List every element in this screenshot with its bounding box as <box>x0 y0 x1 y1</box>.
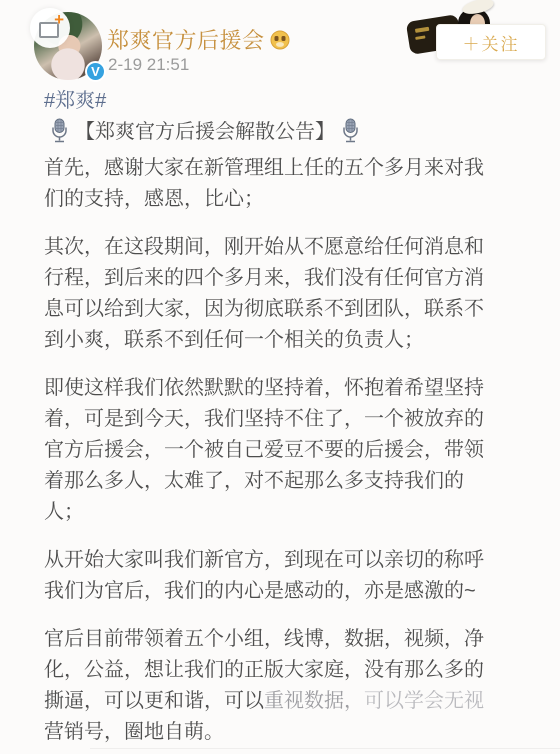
gold-mark <box>415 35 425 40</box>
gold-mark <box>415 27 429 33</box>
paragraph: 即使这样我们依然默默的坚持着，怀抱着希望坚持着，可是到今天，我们坚持不住了，一个… <box>44 373 500 528</box>
hashtag-line: #郑爽# <box>44 86 500 117</box>
announcement-line: 【郑爽官方后援会解散公告】 <box>44 117 500 153</box>
microphone-icon <box>341 118 360 153</box>
verified-badge-icon: V <box>85 61 106 82</box>
paragraph: 其次，在这段期间，刚开始从不愿意给任何消息和行程，到后来的四个多月来，我们没有任… <box>44 232 500 356</box>
paragraph: 从开始大家叫我们新官方，到现在可以亲切的称呼我们为官后，我们的内心是感动的，亦是… <box>44 545 500 607</box>
paragraph-segment-faded: 重视数据， <box>264 690 364 712</box>
paragraph: 首先，感谢大家在新管理组上任的五个多月来对我们的支持，感恩，比心； <box>44 153 500 215</box>
timestamp: 2-19 21:51 <box>108 55 189 75</box>
microphone-icon <box>50 118 69 153</box>
announcement-title: 【郑爽官方后援会解散公告】 <box>75 121 335 143</box>
follow-button[interactable]: ＋关注 <box>436 24 546 60</box>
card-bottom-edge <box>90 748 560 749</box>
hashtag-link[interactable]: #郑爽# <box>44 90 106 112</box>
camera-plus-icon: + <box>30 8 70 48</box>
paragraph-segment: 营销号，圈地自萌。 <box>44 721 224 743</box>
yellow-face-emoji-icon <box>270 30 290 50</box>
post-content: #郑爽# 【郑爽官方后援会解散公告】 首先，感谢大家在新管理组上任的五 <box>44 86 500 748</box>
username[interactable]: 郑爽官方后援会 <box>107 24 265 55</box>
paragraph-segment-faded: 可以学会无视 <box>364 690 484 712</box>
avatar[interactable]: V + <box>34 12 102 80</box>
weibo-post-screenshot: V + 郑爽官方后援会 2-19 21:51 <box>0 0 560 754</box>
username-row: 郑爽官方后援会 <box>107 24 290 55</box>
plus-glyph: + <box>54 13 64 27</box>
paragraph: 官后目前带领着五个小组，线博，数据，视频，净化，公益，想让我们的正版大家庭，没有… <box>44 624 500 748</box>
